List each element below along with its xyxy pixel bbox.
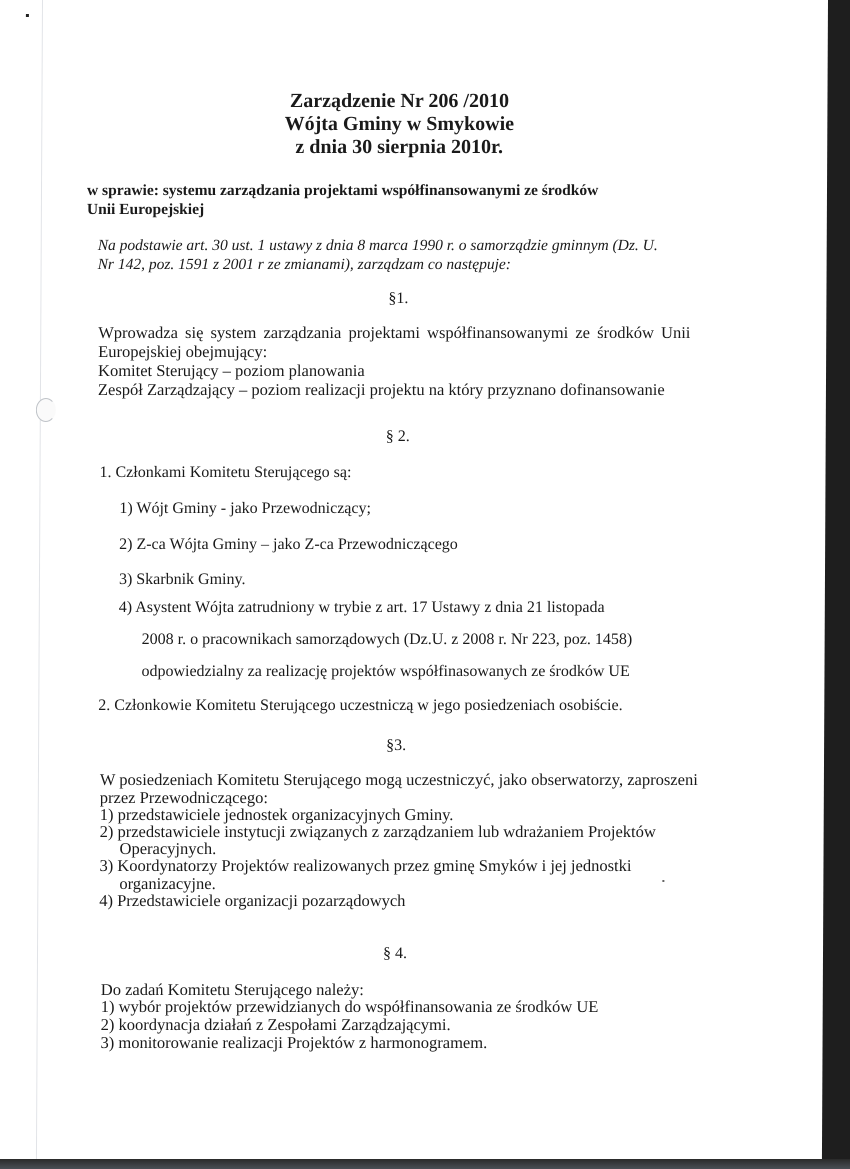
subject-line-1: w sprawie: systemu zarządzania projektam… xyxy=(87,181,598,200)
legal-basis-line-1: Na podstawie art. 30 ust. 1 ustawy z dni… xyxy=(98,236,658,255)
scanned-page: Zarządzenie Nr 206 /2010 Wójta Gminy w S… xyxy=(0,0,828,1159)
section-2-item-1: 1) Wójt Gminy - jako Przewodniczący; xyxy=(119,500,371,518)
section-2-mark: § 2. xyxy=(0,428,798,446)
section-3-item-3: 3) Koordynatorzy Projektów realizowanych… xyxy=(99,857,631,875)
section-1-line-2: Europejskiej obejmujący: xyxy=(98,343,267,361)
section-1-line-3: Komitet Sterujący – poziom planowania xyxy=(98,362,365,380)
section-2-item-4-cont-2: odpowiedzialny za realizację projektów w… xyxy=(141,663,629,681)
document-title-line-2: Wójta Gminy w Smykowie xyxy=(0,113,799,135)
document-title-line-3: z dnia 30 sierpnia 2010r. xyxy=(0,136,799,158)
scanner-bottom-edge xyxy=(0,1159,850,1169)
section-4-item-2: 2) koordynacja działań z Zespołami Zarzą… xyxy=(101,1016,451,1034)
section-1-line-4: Zespół Zarządzający – poziom realizacji … xyxy=(98,381,665,399)
legal-basis-line-2: Nr 142, poz. 1591 z 2001 r ze zmianami),… xyxy=(98,255,511,274)
subject-line-2: Unii Europejskiej xyxy=(87,200,204,219)
punch-hole xyxy=(36,398,56,422)
section-2-item-2: 2) Z-ca Wójta Gminy – jako Z-ca Przewodn… xyxy=(119,536,458,554)
section-3-mark: §3. xyxy=(0,737,796,755)
fold-line xyxy=(36,0,43,1159)
section-1-mark: §1. xyxy=(0,290,798,308)
section-4-item-1: 1) wybór projektów przewidzianych do wsp… xyxy=(101,998,599,1016)
section-3-item-4: 4) Przedstawiciele organizacji pozarządo… xyxy=(99,892,405,910)
section-2-intro: 1. Członkami Komitetu Sterującego są: xyxy=(99,464,351,482)
section-3-line-1: W posiedzeniach Komitetu Sterującego mog… xyxy=(100,771,698,789)
section-4-item-3: 3) monitorowanie realizacji Projektów z … xyxy=(100,1034,487,1052)
scan-mark xyxy=(26,14,29,17)
section-2-item-4-cont-1: 2008 r. o pracownikach samorządowych (Dz… xyxy=(142,631,633,649)
stray-mark xyxy=(662,880,664,882)
document-title-line-1: Zarządzenie Nr 206 /2010 xyxy=(0,90,800,112)
section-2-item-4: 4) Asystent Wójta zatrudniony w trybie z… xyxy=(119,599,605,617)
section-4-mark: § 4. xyxy=(0,945,795,963)
section-2-point-2: 2. Członkowie Komitetu Sterującego uczes… xyxy=(98,697,622,715)
section-2-item-3: 3) Skarbnik Gminy. xyxy=(119,571,246,589)
section-1-line-1: Wprowadza się system zarządzania projekt… xyxy=(98,324,690,342)
